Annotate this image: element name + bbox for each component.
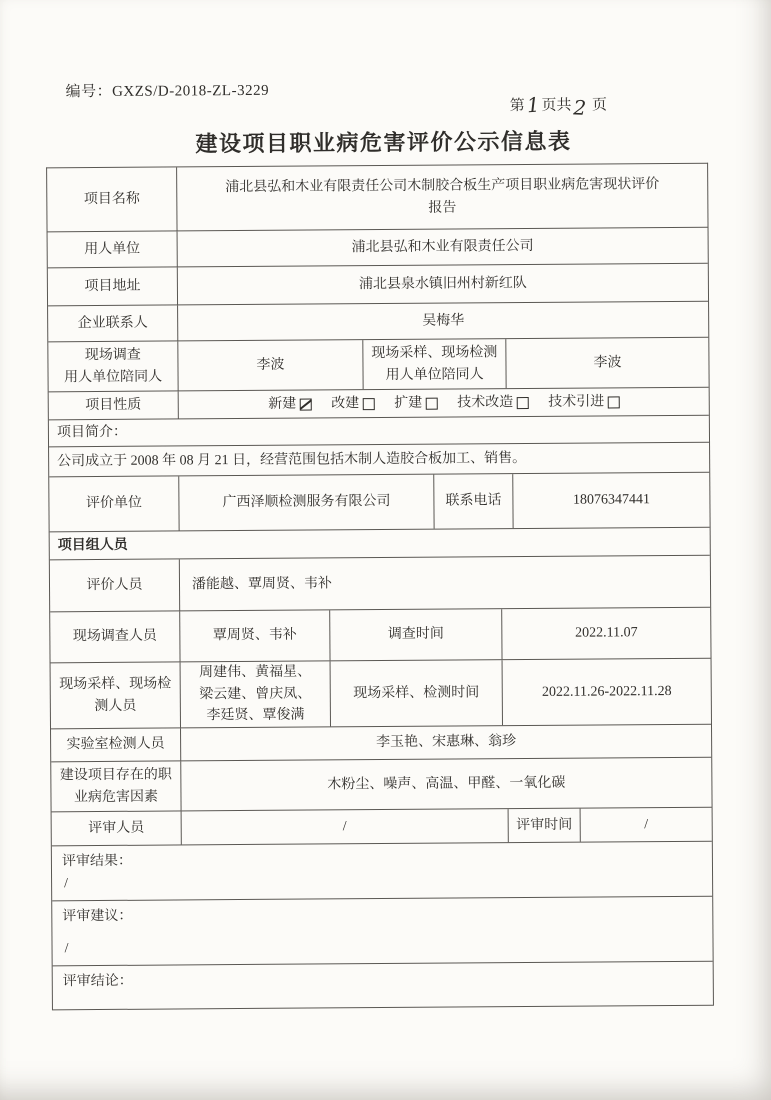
project-name-value: 浦北县弘和木业有限责任公司木制胶合板生产项目职业病危害现状评价 报告: [177, 164, 707, 231]
sampling-staff-value: 周建伟、黄福星、 梁云建、曾庆凤、 李廷贤、覃俊满: [181, 661, 331, 727]
option-tech-import-label: 技术引进: [548, 391, 604, 413]
page-indicator-prefix: 第: [510, 98, 525, 114]
review-advice-value: /: [62, 939, 68, 961]
review-staff-value: /: [182, 809, 509, 844]
address-value: 浦北县泉水镇旧州村新红队: [178, 264, 708, 305]
survey-time-label: 调查时间: [330, 609, 502, 660]
row-intro-text: 公司成立于 2008 年 08 月 21 日，经营范围包括木制人造胶合板加工、销…: [49, 443, 709, 478]
doc-number: 编号：GXZS/D-2018-ZL-3229: [65, 79, 269, 101]
project-intro-label: 项目简介：: [49, 416, 709, 447]
row-lab-staff: 实验室检测人员 李玉艳、宋惠琳、翁珍: [51, 725, 711, 763]
checkbox-tech-upgrade-icon: [516, 397, 528, 409]
intro-text: 公司成立于 2008 年 08 月 21 日，经营范围包括木制人造胶合板加工、销…: [49, 443, 709, 477]
row-eval-staff: 评价人员 潘能越、覃周贤、韦补: [50, 556, 710, 613]
hazards-label: 建设项目存在的职 业病危害因素: [51, 761, 181, 811]
survey-staff-value: 覃周贤、韦补: [180, 610, 330, 661]
sampling-time-value: 2022.11.26-2022.11.28: [503, 659, 711, 725]
eval-staff-label: 评价人员: [50, 559, 180, 611]
review-time-label: 评审时间: [509, 809, 581, 843]
option-tech-upgrade-label: 技术改造: [457, 392, 513, 414]
lab-staff-label: 实验室检测人员: [51, 728, 181, 761]
option-rebuild: 改建: [331, 393, 374, 415]
page-indicator-suffix: 页: [592, 97, 607, 113]
review-result-value: /: [62, 874, 68, 896]
contact-label: 企业联系人: [48, 305, 178, 341]
checkbox-tech-import-icon: [607, 396, 619, 408]
survey-time-value: 2022.11.07: [502, 608, 710, 659]
checkbox-rebuild-icon: [362, 398, 374, 410]
review-advice-cell: 评审建议： /: [52, 897, 712, 966]
row-employer: 用人单位 浦北县弘和木业有限责任公司: [48, 228, 708, 269]
team-header: 项目组人员: [50, 528, 710, 560]
lab-staff-value: 李玉艳、宋惠琳、翁珍: [181, 725, 711, 761]
total-pages-handwritten: 2: [573, 95, 587, 120]
sampling-companion-label: 现场采样、现场检测 用人单位陪同人: [363, 339, 506, 389]
form-title: 建设项目职业病危害评价公示信息表: [0, 123, 769, 159]
public-info-table: 项目名称 浦北县弘和木业有限责任公司木制胶合板生产项目职业病危害现状评价 报告 …: [46, 163, 714, 1011]
option-new: 新建: [268, 393, 311, 415]
row-review-conclusion: 评审结论：: [53, 962, 713, 1011]
hazards-value: 木粉尘、噪声、高温、甲醛、一氧化碳: [181, 758, 711, 811]
survey-companion-label: 现场调查 用人单位陪同人: [48, 341, 178, 391]
contact-value: 吴梅华: [178, 302, 708, 341]
sampling-companion-value: 李波: [506, 338, 708, 388]
project-nature-options: 新建 改建 扩建 技术改造 技术引进: [179, 388, 709, 419]
evaluator-org-label: 评价单位: [49, 476, 179, 531]
review-conclusion-cell: 评审结论：: [53, 962, 713, 1010]
row-review-advice: 评审建议： /: [52, 897, 712, 967]
checkbox-expand-icon: [425, 397, 437, 409]
address-label: 项目地址: [48, 267, 178, 305]
row-project-name: 项目名称 浦北县弘和木业有限责任公司木制胶合板生产项目职业病危害现状评价 报告: [47, 164, 707, 233]
row-hazards: 建设项目存在的职 业病危害因素 木粉尘、噪声、高温、甲醛、一氧化碳: [51, 758, 711, 813]
option-tech-import: 技术引进: [548, 391, 619, 413]
project-name-label: 项目名称: [47, 167, 177, 231]
row-evaluator-org: 评价单位 广西泽顺检测服务有限公司 联系电话 18076347441: [49, 473, 709, 533]
row-review-staff: 评审人员 / 评审时间 /: [52, 808, 712, 847]
option-rebuild-label: 改建: [331, 393, 359, 415]
review-result-label: 评审结果：: [62, 851, 132, 873]
option-new-label: 新建: [268, 393, 296, 415]
row-survey-staff: 现场调查人员 覃周贤、韦补 调查时间 2022.11.07: [50, 608, 710, 664]
employer-value: 浦北县弘和木业有限责任公司: [178, 228, 708, 267]
row-sampling-staff: 现场采样、现场检 测人员 周建伟、黄福星、 梁云建、曾庆凤、 李廷贤、覃俊满 现…: [51, 659, 711, 730]
row-companions: 现场调查 用人单位陪同人 李波 现场采样、现场检测 用人单位陪同人 李波: [48, 338, 708, 393]
survey-staff-label: 现场调查人员: [50, 611, 180, 662]
review-result-cell: 评审结果： /: [52, 842, 712, 901]
sampling-time-label: 现场采样、检测时间: [331, 660, 503, 726]
phone-label: 联系电话: [434, 474, 513, 529]
row-review-result: 评审结果： /: [52, 842, 712, 902]
review-staff-label: 评审人员: [52, 811, 182, 845]
review-conclusion-label: 评审结论：: [63, 971, 133, 993]
row-address: 项目地址 浦北县泉水镇旧州村新红队: [48, 264, 708, 307]
current-page-handwritten: 1: [526, 93, 541, 118]
review-time-value: /: [581, 808, 712, 842]
checkbox-new-checked-icon: [299, 398, 311, 410]
option-expand: 扩建: [394, 392, 437, 414]
page-indicator-infix: 页共: [541, 98, 571, 114]
review-advice-label: 评审建议：: [62, 906, 132, 928]
eval-staff-value: 潘能越、覃周贤、韦补: [180, 556, 710, 611]
employer-label: 用人单位: [48, 231, 178, 267]
phone-value: 18076347441: [513, 473, 709, 528]
option-expand-label: 扩建: [394, 392, 422, 414]
row-contact: 企业联系人 吴梅华: [48, 302, 708, 343]
scanned-form-sheet: 编号：GXZS/D-2018-ZL-3229 第1页共2 页 建设项目职业病危害…: [0, 0, 771, 1100]
evaluator-org-value: 广西泽顺检测服务有限公司: [179, 475, 434, 531]
page-indicator: 第1页共2 页: [510, 90, 607, 115]
sampling-staff-label: 现场采样、现场检 测人员: [51, 662, 181, 728]
survey-companion-value: 李波: [178, 340, 363, 390]
project-nature-label: 项目性质: [49, 391, 179, 419]
option-tech-upgrade: 技术改造: [457, 392, 528, 414]
